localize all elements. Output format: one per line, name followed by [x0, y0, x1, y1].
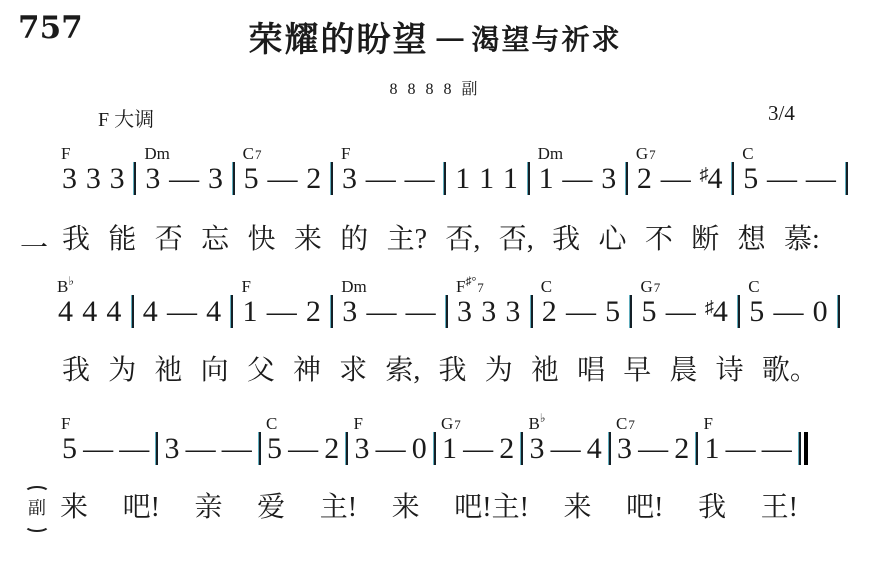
lyric-syllable: 否, [445, 224, 480, 256]
note-token: C73 [617, 434, 632, 464]
note-digit: ♯4 [700, 164, 723, 194]
note-digit: 3 [481, 297, 496, 327]
barline [527, 162, 530, 195]
chord-label: C7 [616, 415, 635, 432]
lyric-syllable: 祂 [531, 355, 559, 387]
title-subtitle: 渴望与祈求 [471, 24, 621, 55]
note-token: — [806, 164, 836, 194]
sustain-dash: — [167, 297, 197, 327]
barline [230, 295, 233, 328]
sustain-dash: — [376, 434, 406, 464]
barline [737, 295, 740, 328]
page-title: 荣耀的盼望 [248, 21, 428, 59]
sustain-dash: — [551, 434, 581, 464]
music-line-1: F333Dm3—3C75—2F3——111Dm1—3G72—♯4C5—— [62, 138, 848, 194]
lyric-syllable: 吧! [123, 492, 160, 524]
lyric-syllable: 想 [738, 224, 766, 256]
note-token: — [666, 297, 696, 327]
lyric-syllable: 向 [201, 355, 229, 387]
sustain-dash: — [267, 164, 297, 194]
lyric-syllable: 忘 [201, 224, 229, 256]
note-digit: 1 [705, 434, 720, 464]
lyric-syllable: 父 [247, 355, 275, 387]
note-token: 3 [481, 297, 496, 327]
note-digit: 1 [243, 297, 258, 327]
note-digit: 3 [208, 164, 223, 194]
lyric-syllable: 为 [485, 355, 513, 387]
note-token: 2 [499, 434, 514, 464]
sustain-dash: — [406, 297, 436, 327]
chord-label: G7 [636, 145, 656, 162]
note-token: Dm3 [342, 297, 357, 327]
note-token: — [551, 434, 581, 464]
note-token: — [767, 164, 797, 194]
lyric-syllable: 求 [339, 355, 367, 387]
note-token: 0 [412, 434, 427, 464]
note-token: 1 [503, 164, 518, 194]
lyric-syllable: 早 [623, 355, 651, 387]
note-token: — [661, 164, 691, 194]
note-digit: 4 [206, 297, 221, 327]
sustain-dash: — [767, 164, 797, 194]
lyric-syllable: 吧!主! [454, 492, 529, 524]
note-digit: 1 [539, 164, 554, 194]
key-signature: F 大调 [98, 103, 154, 132]
note-token: F3 [355, 434, 370, 464]
lyric-syllable: 主? [387, 224, 427, 256]
lyric-syllable: 我 [439, 355, 467, 387]
note-digit: 3 [530, 434, 545, 464]
note-token: 3 [86, 164, 101, 194]
lyric-syllable: 我 [552, 224, 580, 256]
note-token: — [762, 434, 792, 464]
sustain-dash: — [405, 164, 435, 194]
note-token: 5 [605, 297, 620, 327]
note-digit: 3 [165, 434, 180, 464]
note-digit: 2 [306, 297, 321, 327]
note-token: B♭4 [58, 297, 73, 327]
lyric-syllable: 否 [155, 224, 183, 256]
note-token: Dm3 [145, 164, 160, 194]
verse-number-marker: 一 [20, 226, 48, 266]
note-digit: 3 [110, 164, 125, 194]
note-digit: ♯4 [705, 297, 728, 327]
note-digit: 3 [355, 434, 370, 464]
sustain-dash: — [661, 164, 691, 194]
lyric-syllable: 来 [392, 492, 420, 524]
note-token: F5 [62, 434, 77, 464]
sustain-dash: — [806, 164, 836, 194]
note-digit: 3 [617, 434, 632, 464]
note-token: F3 [342, 164, 357, 194]
chord-label: C [541, 278, 552, 295]
chord-label: G7 [441, 415, 461, 432]
note-token: 4 [82, 297, 97, 327]
note-token: 2 [324, 434, 339, 464]
note-token: 4 [587, 434, 602, 464]
sustain-dash: — [366, 297, 396, 327]
lyric-syllable: 来 [294, 224, 322, 256]
note-token: 3 [165, 434, 180, 464]
note-token: — [366, 164, 396, 194]
sustain-dash: — [169, 164, 199, 194]
barline [629, 295, 632, 328]
note-digit: 3 [145, 164, 160, 194]
barline [445, 295, 448, 328]
note-digit: 5 [743, 164, 758, 194]
final-barline [798, 432, 808, 465]
chord-label: Dm [341, 278, 367, 295]
note-token: G72 [637, 164, 652, 194]
barline [845, 162, 848, 195]
chord-label: F [61, 145, 70, 162]
note-digit: 5 [749, 297, 764, 327]
lyric-syllable: 来 [60, 492, 88, 524]
note-digit: 5 [605, 297, 620, 327]
note-digit: 3 [62, 164, 77, 194]
note-digit: 4 [82, 297, 97, 327]
chord-label: G7 [641, 278, 661, 295]
note-token: — [366, 297, 396, 327]
sustain-dash: — [666, 297, 696, 327]
note-token: 3 [110, 164, 125, 194]
sustain-dash: — [762, 434, 792, 464]
note-token: C5 [749, 297, 764, 327]
note-token: — [406, 297, 436, 327]
lyric-line-2: 我为祂向父神求索,我为祂唱早晨诗歌。 [62, 355, 818, 387]
note-digit: 2 [674, 434, 689, 464]
note-token: 2 [674, 434, 689, 464]
barline [330, 162, 333, 195]
note-token: 1 [455, 164, 470, 194]
barline [433, 432, 436, 465]
note-digit: 1 [455, 164, 470, 194]
note-token: — [167, 297, 197, 327]
lyric-syllable: 歌。 [762, 355, 818, 387]
lyric-syllable: 主! [320, 492, 357, 524]
chord-label: C7 [243, 145, 262, 162]
note-digit: 2 [499, 434, 514, 464]
chord-label: Dm [538, 145, 564, 162]
note-token: — [566, 297, 596, 327]
lyric-syllable: 我 [698, 492, 726, 524]
music-line-3: F5——3——C5—2F3—0G71—2B♭3—4C73—2F1—— [62, 408, 808, 464]
note-digit: 3 [505, 297, 520, 327]
music-line-2: B♭4444—4F1—2Dm3——F♯°7333C2—5G75—♯4C5—0 [58, 271, 840, 327]
lyric-syllable: 王! [761, 492, 798, 524]
note-token: — [267, 297, 297, 327]
chord-label: C [266, 415, 277, 432]
lyric-syllable: 晨 [669, 355, 697, 387]
note-digit: 4 [58, 297, 73, 327]
note-digit: 3 [86, 164, 101, 194]
note-token: F♯°73 [457, 297, 472, 327]
note-digit: 4 [106, 297, 121, 327]
refrain-label: 副 [22, 499, 52, 519]
lyric-syllable: 索, [385, 355, 420, 387]
note-digit: 3 [457, 297, 472, 327]
sustain-dash: — [119, 434, 149, 464]
sustain-dash: — [463, 434, 493, 464]
note-token: C75 [244, 164, 259, 194]
barline [232, 162, 235, 195]
note-token: G71 [442, 434, 457, 464]
note-token: 4 [206, 297, 221, 327]
note-token: 3 [505, 297, 520, 327]
chord-label: F [704, 415, 713, 432]
lyric-syllable: 慕: [784, 224, 820, 256]
note-token: — [463, 434, 493, 464]
note-digit: 0 [412, 434, 427, 464]
note-token: — [376, 434, 406, 464]
note-token: 1 [479, 164, 494, 194]
chord-label: B♭ [529, 412, 546, 432]
note-token: ♯4 [705, 297, 728, 327]
note-digit: 2 [637, 164, 652, 194]
note-token: Dm1 [539, 164, 554, 194]
lyric-syllable: 断 [691, 224, 719, 256]
lyric-syllable: 为 [108, 355, 136, 387]
lyric-syllable: 快 [248, 224, 276, 256]
barline [345, 432, 348, 465]
lyric-syllable: 能 [108, 224, 136, 256]
note-token: G75 [642, 297, 657, 327]
lyric-syllable: 心 [599, 224, 627, 256]
note-token: F1 [243, 297, 258, 327]
note-token: — [169, 164, 199, 194]
note-token: — [288, 434, 318, 464]
sustain-dash: — [638, 434, 668, 464]
sustain-dash: — [366, 164, 396, 194]
sustain-dash: — [726, 434, 756, 464]
note-digit: 4 [587, 434, 602, 464]
note-token: C5 [743, 164, 758, 194]
chord-label: F [61, 415, 70, 432]
barline [695, 432, 698, 465]
note-token: B♭3 [530, 434, 545, 464]
chord-label: B♭ [57, 275, 74, 295]
refrain-marker: 副 [22, 486, 52, 532]
note-token: — [562, 164, 592, 194]
lyric-syllable: 爱 [257, 492, 285, 524]
hymn-sheet: 757 荣耀的盼望—渴望与祈求 8 8 8 8 副 F 大调 3/4 F333D… [0, 0, 870, 570]
note-token: — [83, 434, 113, 464]
lyric-line-3: 来吧!亲爱主!来吧!主!来吧!我王! [60, 492, 798, 524]
sustain-dash: — [186, 434, 216, 464]
note-digit: 2 [306, 164, 321, 194]
title-row: 荣耀的盼望—渴望与祈求 [0, 12, 870, 61]
note-token: — [186, 434, 216, 464]
barline [133, 162, 136, 195]
note-digit: 2 [324, 434, 339, 464]
meter-text: 8 8 8 8 副 [0, 76, 870, 99]
chord-label: F♯°7 [456, 275, 484, 295]
sustain-dash: — [83, 434, 113, 464]
sustain-dash: — [288, 434, 318, 464]
barline [608, 432, 611, 465]
sustain-dash: — [773, 297, 803, 327]
title-separator: — [428, 23, 471, 53]
note-token: F3 [62, 164, 77, 194]
lyric-syllable: 否, [499, 224, 534, 256]
note-digit: 5 [62, 434, 77, 464]
note-token: — [222, 434, 252, 464]
chord-label: C [742, 145, 753, 162]
note-token: — [405, 164, 435, 194]
lyric-syllable: 亲 [195, 492, 223, 524]
note-digit: 1 [479, 164, 494, 194]
sustain-dash: — [267, 297, 297, 327]
barline [530, 295, 533, 328]
barline [837, 295, 840, 328]
chord-label: F [341, 145, 350, 162]
sustain-dash: — [222, 434, 252, 464]
note-token: 3 [208, 164, 223, 194]
note-digit: 3 [342, 297, 357, 327]
barline [625, 162, 628, 195]
note-digit: 5 [267, 434, 282, 464]
barline [520, 432, 523, 465]
note-token: — [726, 434, 756, 464]
lyric-syllable: 的 [340, 224, 368, 256]
lyric-syllable: 神 [293, 355, 321, 387]
note-token: 2 [306, 164, 321, 194]
sustain-dash: — [566, 297, 596, 327]
note-digit: 3 [601, 164, 616, 194]
lyric-syllable: 祂 [154, 355, 182, 387]
note-token: ♯4 [700, 164, 723, 194]
note-digit: 4 [143, 297, 158, 327]
lyric-syllable: 诗 [716, 355, 744, 387]
note-digit: 3 [342, 164, 357, 194]
note-digit: 5 [642, 297, 657, 327]
barline [330, 295, 333, 328]
note-token: 3 [601, 164, 616, 194]
note-token: — [638, 434, 668, 464]
barline [155, 432, 158, 465]
refrain-bracket-bottom-icon [24, 518, 50, 532]
note-digit: 2 [542, 297, 557, 327]
lyric-syllable: 不 [645, 224, 673, 256]
lyric-syllable: 我 [62, 355, 90, 387]
chord-label: C [748, 278, 759, 295]
note-digit: 1 [503, 164, 518, 194]
note-digit: 1 [442, 434, 457, 464]
note-token: 2 [306, 297, 321, 327]
chord-label: F [242, 278, 251, 295]
note-token: — [773, 297, 803, 327]
chord-label: F [354, 415, 363, 432]
time-signature: 3/4 [768, 101, 795, 126]
note-digit: 0 [813, 297, 828, 327]
note-token: C5 [267, 434, 282, 464]
barline [443, 162, 446, 195]
barline [731, 162, 734, 195]
lyric-syllable: 我 [62, 224, 90, 256]
lyric-syllable: 唱 [577, 355, 605, 387]
note-token: — [119, 434, 149, 464]
note-token: 4 [143, 297, 158, 327]
sustain-dash: — [562, 164, 592, 194]
note-token: C2 [542, 297, 557, 327]
note-token: F1 [705, 434, 720, 464]
note-token: 4 [106, 297, 121, 327]
note-digit: 5 [244, 164, 259, 194]
barline [131, 295, 134, 328]
note-token: 0 [813, 297, 828, 327]
barline [258, 432, 261, 465]
lyric-syllable: 来 [564, 492, 592, 524]
chord-label: Dm [144, 145, 170, 162]
lyric-line-1: 我能否忘快来的主?否,否,我心不断想慕: [62, 224, 820, 256]
note-token: — [267, 164, 297, 194]
lyric-syllable: 吧! [626, 492, 663, 524]
